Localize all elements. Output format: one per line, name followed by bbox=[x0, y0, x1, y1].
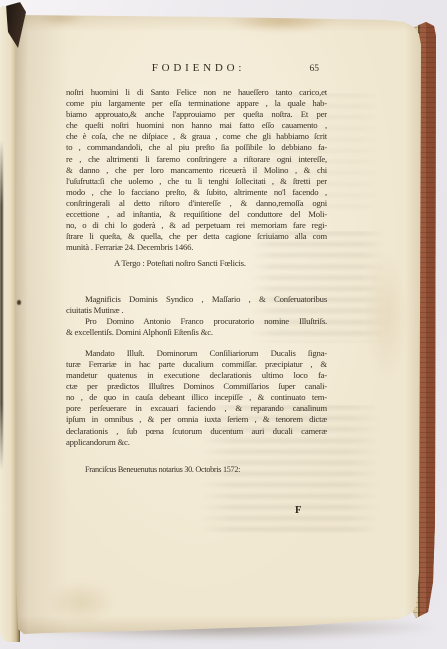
foxing-stain bbox=[46, 581, 116, 623]
text-line: che è coſa, che ne diſpiace , & graua , … bbox=[66, 131, 327, 142]
notary-line: Franciſcus Beneuenutus notarius 30. Octo… bbox=[66, 464, 327, 475]
photo-backdrop: FODIENDO: 65 noſtri huomini li di Santo … bbox=[0, 0, 447, 649]
page-header: FODIENDO: 65 bbox=[66, 62, 327, 76]
text-line: ſtrare li queſta, & quella, che per dett… bbox=[66, 231, 327, 242]
text-line: mandetur quatenus in executione declarat… bbox=[66, 370, 327, 381]
text-line: come piu largamente per eſſa termination… bbox=[66, 98, 327, 109]
signature-mark: F bbox=[66, 505, 327, 516]
text-line: to , commandandoli, che al piu preſto ſi… bbox=[66, 142, 327, 153]
address-block: Magnificis Dominis Syndico , Maſſario , … bbox=[66, 294, 327, 338]
text-line: conſtringerali al detto riſtoro d'intere… bbox=[66, 198, 327, 209]
text-line: ciuitatis Mutinæ . bbox=[66, 305, 327, 316]
text-line: Mandato Illuſt. Dominorum Conſiliariorum… bbox=[66, 348, 327, 359]
text-line: turæ Ferrariæ in hac parte ducalium comm… bbox=[66, 359, 327, 370]
spine-edge-line bbox=[0, 140, 3, 470]
text-line: pore perſeuerare in excauari faciendo , … bbox=[66, 403, 327, 414]
foxing-stain bbox=[36, 11, 86, 25]
page-number: 65 bbox=[310, 64, 320, 74]
text-line: eccettione , ad inſtantia, & requiſition… bbox=[66, 209, 327, 220]
text-line: modo , che lo facciano preſto, & ſubito,… bbox=[66, 187, 327, 198]
text-line: no , de quo in cauſa debeant illico ince… bbox=[66, 392, 327, 403]
letter-blocks: noſtri huomini li di Santo Felice non ne… bbox=[66, 87, 327, 475]
text-line: l'uſufrutta:ſi che uolemo , che tu li te… bbox=[66, 176, 327, 187]
ink-speck bbox=[17, 300, 21, 305]
text-line: Pro Domino Antonio Franco procuratorio n… bbox=[66, 316, 327, 327]
text-block: FODIENDO: 65 noſtri huomini li di Santo … bbox=[66, 62, 327, 516]
text-line: noſtri huomini li di Santo Felice non ne… bbox=[66, 87, 327, 98]
text-line: Magnificis Dominis Syndico , Maſſario , … bbox=[66, 294, 327, 305]
text-line: che queſti noſtri huomini non hanno mai … bbox=[66, 120, 327, 131]
mandato-block: Mandato Illuſt. Dominorum Conſiliariorum… bbox=[66, 348, 327, 448]
text-line: & excellentiſs. Domini Alphonſi Eſtenſis… bbox=[66, 327, 327, 338]
text-line: Franciſcus Beneuenutus notarius 30. Octo… bbox=[85, 464, 327, 475]
text-line: biamo approuato,& anche l'approuiamo per… bbox=[66, 109, 327, 120]
text-line: re , che altrimenti li faremo conſtringe… bbox=[66, 154, 327, 165]
text-line: applicandorum &c. bbox=[66, 437, 327, 448]
running-title: FODIENDO: bbox=[66, 62, 327, 74]
text-line: A Tergo : Poteſtati noſtro Sancti Fœlici… bbox=[114, 258, 327, 269]
foxing-stain bbox=[226, 10, 336, 32]
text-line: munità . Ferrariæ 24. Decembris 1466. bbox=[66, 242, 327, 253]
letter-body: noſtri huomini li di Santo Felice non ne… bbox=[66, 87, 327, 253]
a-tergo-line: A Tergo : Poteſtati noſtro Sancti Fœlici… bbox=[66, 258, 327, 269]
text-line: & danno , che per loro mancamento riceue… bbox=[66, 165, 327, 176]
text-line: no, o di chi lo goderà , & ad perpetuam … bbox=[66, 220, 327, 231]
text-line: declarationis , ſub pœna ſcutorum ducent… bbox=[66, 426, 327, 437]
book-page: FODIENDO: 65 noſtri huomini li di Santo … bbox=[16, 13, 421, 634]
text-line: ipſum in omnibus , & per omnia iuxta ſer… bbox=[66, 414, 327, 425]
text-line: ctæ per prædictos Illuſtres Dominos Comm… bbox=[66, 381, 327, 392]
